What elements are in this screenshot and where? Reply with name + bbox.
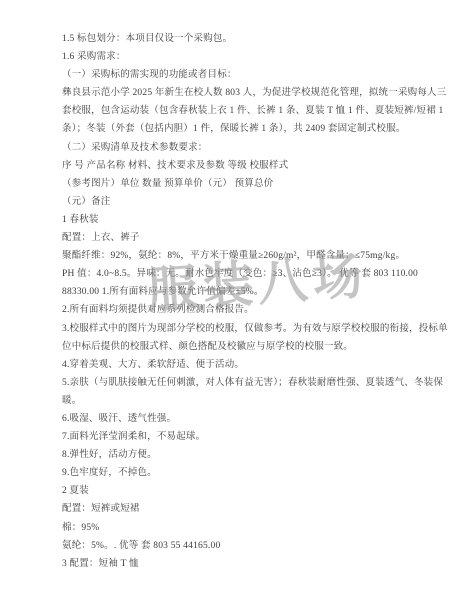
text-line-18: 位中标后提供的校服式样、颜色搭配及校徽应与原学校的校服一致。 (62, 338, 410, 356)
text-line-14: PH 值：4.0~8.5。异味：无。耐水色牢度（变色：≥3、沾色≥3）。 优等 … (62, 265, 410, 283)
text-line-17: 3.校服样式中的图片为现部分学校的校服，仅做参考。为有效与原学校校服的衔接，投标… (62, 320, 410, 338)
document-page: 1.5 标包划分：本项目仅设一个采购包。 1.6 采购需求： （一）采购标的需实… (0, 0, 450, 600)
text-line-28: 棉：95% (62, 519, 410, 537)
text-line-12: 配置：上衣、裤子 (62, 229, 410, 247)
text-line-25: 9.色牢度好，不掉色。 (62, 464, 410, 482)
text-line-04: 彝良县示范小学 2025 年新生在校人数 803 人，为促进学校规范化管理，拟统… (62, 84, 410, 102)
text-line-11: 1 春秋装 (62, 211, 410, 229)
text-line-21: 暖。 (62, 392, 410, 410)
text-line-01: 1.5 标包划分：本项目仅设一个采购包。 (62, 30, 410, 48)
text-line-16: 2.所有面料均须提供对应系列检测合格报告。 (62, 301, 410, 319)
text-line-30: 3 配置：短袖 T 恤 (62, 555, 410, 573)
text-line-20: 5.亲肤（与肌肤接触无任何刺激，对人体有益无害）；春秋装耐磨性强、夏装透气、冬装… (62, 374, 410, 392)
text-line-02: 1.6 采购需求： (62, 48, 410, 66)
text-line-10: （元）备注 (62, 193, 410, 211)
text-line-03: （一）采购标的需实现的功能或者目标： (62, 66, 410, 84)
document-body: 1.5 标包划分：本项目仅设一个采购包。 1.6 采购需求： （一）采购标的需实… (62, 30, 410, 573)
text-line-26: 2 夏装 (62, 482, 410, 500)
text-line-24: 8.弹性好，活动方便。 (62, 446, 410, 464)
text-line-09: （参考图片）单位 数量 预算单价（元） 预算总价 (62, 175, 410, 193)
text-line-27: 配置：短裤或短裙 (62, 500, 410, 518)
text-line-08: 序 号 产品名称 材料、技术要求及参数 等级 校服样式 (62, 157, 410, 175)
text-line-23: 7.面料光泽莹润柔和，不易起球。 (62, 428, 410, 446)
text-line-22: 6.吸湿、吸汗、透气性强。 (62, 410, 410, 428)
text-line-19: 4.穿着美观、大方、柔软舒适、便于活动。 (62, 356, 410, 374)
text-line-29: 氨纶：5%。. 优等 套 803 55 44165.00 (62, 537, 410, 555)
text-line-05: 套校服，包含运动装（包含春秋装上衣 1 件、长裤 1 条、夏装 T 恤 1 件、… (62, 102, 410, 120)
text-line-06: 条）；冬装（外套（包括内胆）1 件，保暖长裤 1 条），共 2409 套固定制式… (62, 120, 410, 138)
text-line-15: 88330.00 1.所有面料应与参数允许值偏差±5%。 (62, 283, 410, 301)
text-line-07: （二）采购清单及技术参数要求： (62, 139, 410, 157)
text-line-13: 聚酯纤维：92%，氨纶：8%，平方米干燥重量≥260g/m²，甲醛含量：≤75m… (62, 247, 410, 265)
